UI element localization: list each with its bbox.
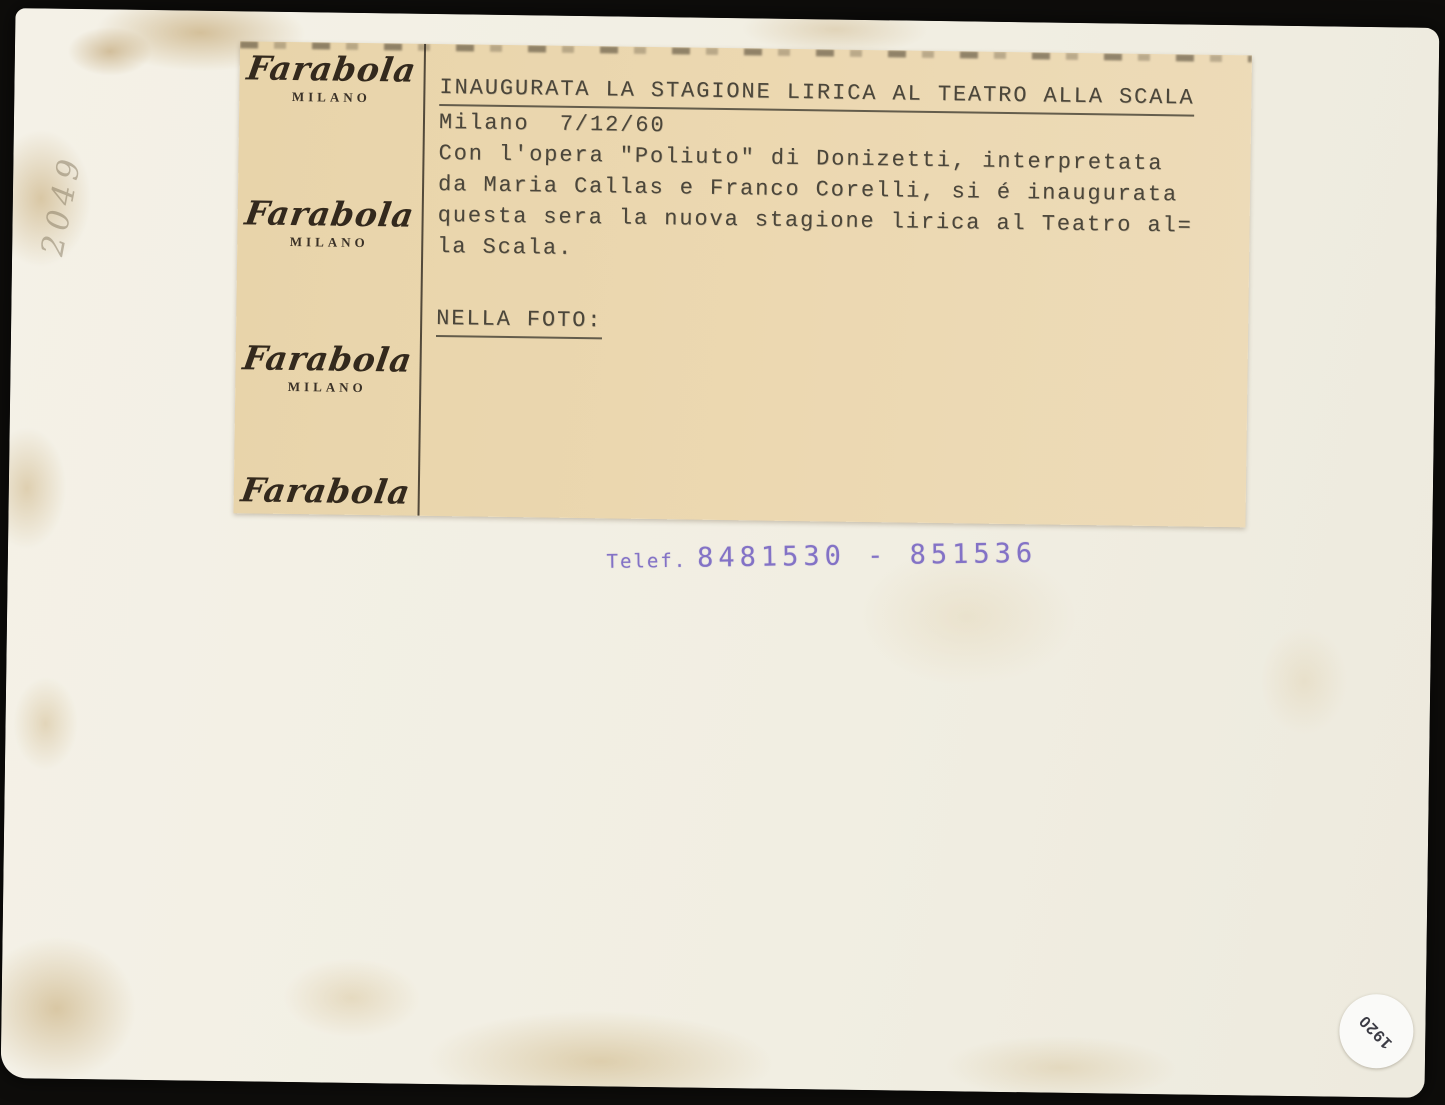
photo-paper: Farabola MILANO Farabola MILANO Farabola…: [1, 8, 1440, 1098]
farabola-logo: Farabola: [237, 51, 426, 87]
farabola-logo: Farabola: [234, 341, 423, 377]
date-sticker: 1920: [1339, 994, 1414, 1069]
milano-label: MILANO: [235, 378, 419, 397]
milano-label: MILANO: [237, 233, 421, 252]
agency-logo-block: Farabola MILANO: [239, 51, 424, 107]
nella-foto-label: NELLA FOTO:: [436, 303, 603, 339]
handwritten-archive-number: 2049: [34, 147, 90, 262]
agency-brand-column: Farabola MILANO Farabola MILANO Farabola…: [234, 41, 427, 516]
agency-logo-block: Farabola MILANO: [237, 196, 422, 252]
date-sticker-number: 1920: [1356, 1011, 1397, 1052]
farabola-logo: Farabola: [234, 473, 421, 509]
phone-stamp: Telef.8481530 - 851536: [567, 519, 1037, 595]
milano-label: MILANO: [239, 88, 423, 107]
caption-label: Farabola MILANO Farabola MILANO Farabola…: [234, 41, 1252, 527]
typed-caption: INAUGURATA LA STAGIONE LIRICA AL TEATRO …: [436, 72, 1244, 348]
agency-logo-block: Farabola MILANO: [235, 341, 420, 397]
phone-stamp-numbers: 8481530 - 851536: [697, 538, 1037, 574]
farabola-logo: Farabola: [235, 196, 424, 232]
agency-logo-block: Farabola: [234, 473, 418, 513]
phone-stamp-prefix: Telef.: [606, 550, 687, 573]
